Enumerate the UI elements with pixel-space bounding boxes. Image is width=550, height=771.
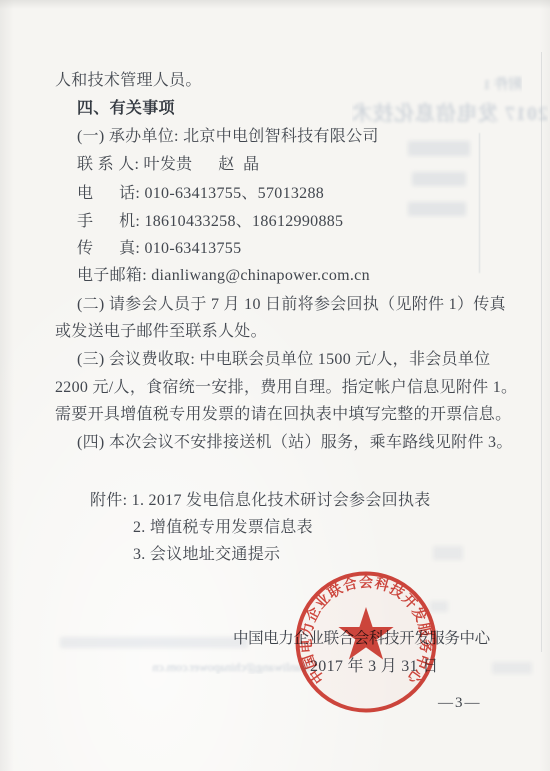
bleedthrough-corner-text: 附件 1	[484, 74, 523, 94]
contact-person-line: 联 系 人: 叶发贵 赵 晶	[77, 154, 259, 176]
bleedthrough-smudge	[433, 546, 463, 560]
svg-text:合: 合	[341, 575, 359, 595]
bleedthrough-smudge	[408, 202, 466, 216]
svg-text:联: 联	[325, 580, 346, 602]
svg-text:技: 技	[386, 580, 408, 602]
item2-line2: 或发送电子邮件至联系人处。	[55, 321, 267, 343]
paragraph-continuation: 人和技术管理人员。	[55, 70, 202, 92]
scan-edge-artifact	[541, 52, 542, 652]
attachment-item-1: 1. 2017 发电信息化技术研讨会参会回执表	[132, 492, 431, 509]
bleedthrough-email-text: dianliwang@chinapower.com.cn	[152, 660, 310, 674]
signature-organization: 中国电力企业联合会科技开发服务中心	[233, 628, 490, 650]
section-heading: 四、有关事项	[77, 98, 175, 120]
phone-line: 电 话: 010-63413755、57013288	[77, 183, 324, 205]
bleedthrough-smudge	[492, 662, 532, 674]
attachments-label: 附件:	[90, 492, 132, 509]
item3-line2: 2200 元/人，食宿统一安排，费用自理。指定帐户信息见附件 1。	[55, 377, 517, 399]
bleedthrough-title: 2017 发电信息化技术研讨会参会回执表	[352, 97, 548, 129]
bleedthrough-smudge	[412, 172, 466, 186]
svg-text:开: 开	[398, 591, 419, 612]
bleedthrough-email: dianliwang@chinapower.com.cn	[92, 658, 310, 674]
email-line: 电子邮箱: dianliwang@chinapower.com.cn	[77, 265, 370, 287]
page-number: —3—	[438, 692, 482, 714]
fax-line: 传 真: 010-63413755	[77, 238, 241, 260]
item2-line1: (二) 请参会人员于 7 月 10 日前将参会回执（见附件 1）传真	[77, 294, 506, 316]
item3-line3: 需要开具增值税专用发票的请在回执表中填写完整的开票信息。	[55, 404, 511, 426]
signature-date: 2017 年 3 月 31 日	[310, 656, 439, 678]
bleedthrough-smudge	[60, 637, 248, 648]
bleedthrough-title-text: 2017 发电信息化技术研讨会参会回执表	[352, 97, 548, 126]
mobile-line: 手 机: 18610433258、18612990885	[77, 211, 343, 233]
attachment-item-3: 3. 会议地址交通提示	[133, 544, 280, 566]
attachments-line-1: 附件: 1. 2017 发电信息化技术研讨会参会回执表	[90, 490, 431, 512]
bleedthrough-attachment-label: 附件 1	[458, 74, 522, 94]
svg-text:科: 科	[373, 575, 392, 595]
scanned-notice-page: 2017 发电信息化技术研讨会参会回执表 附件 1 dianliwang@chi…	[0, 0, 550, 771]
svg-text:业: 业	[312, 591, 333, 612]
bleedthrough-table-border	[479, 133, 480, 273]
svg-text:发: 发	[408, 604, 430, 625]
bleedthrough-smudge	[430, 601, 448, 612]
organizer-line: (一) 承办单位: 北京中电创智科技有限公司	[77, 126, 379, 148]
item3-line1: (三) 会议费收取: 中电联会员单位 1500 元/人，非会员单位	[77, 349, 490, 371]
svg-text:会: 会	[359, 574, 373, 591]
attachment-item-2: 2. 增值税专用发票信息表	[133, 517, 313, 539]
bleedthrough-smudge	[408, 141, 470, 156]
svg-text:企: 企	[302, 604, 324, 624]
item4-line: (四) 本次会议不安排接送机（站）服务，乘车路线见附件 3。	[77, 432, 513, 454]
